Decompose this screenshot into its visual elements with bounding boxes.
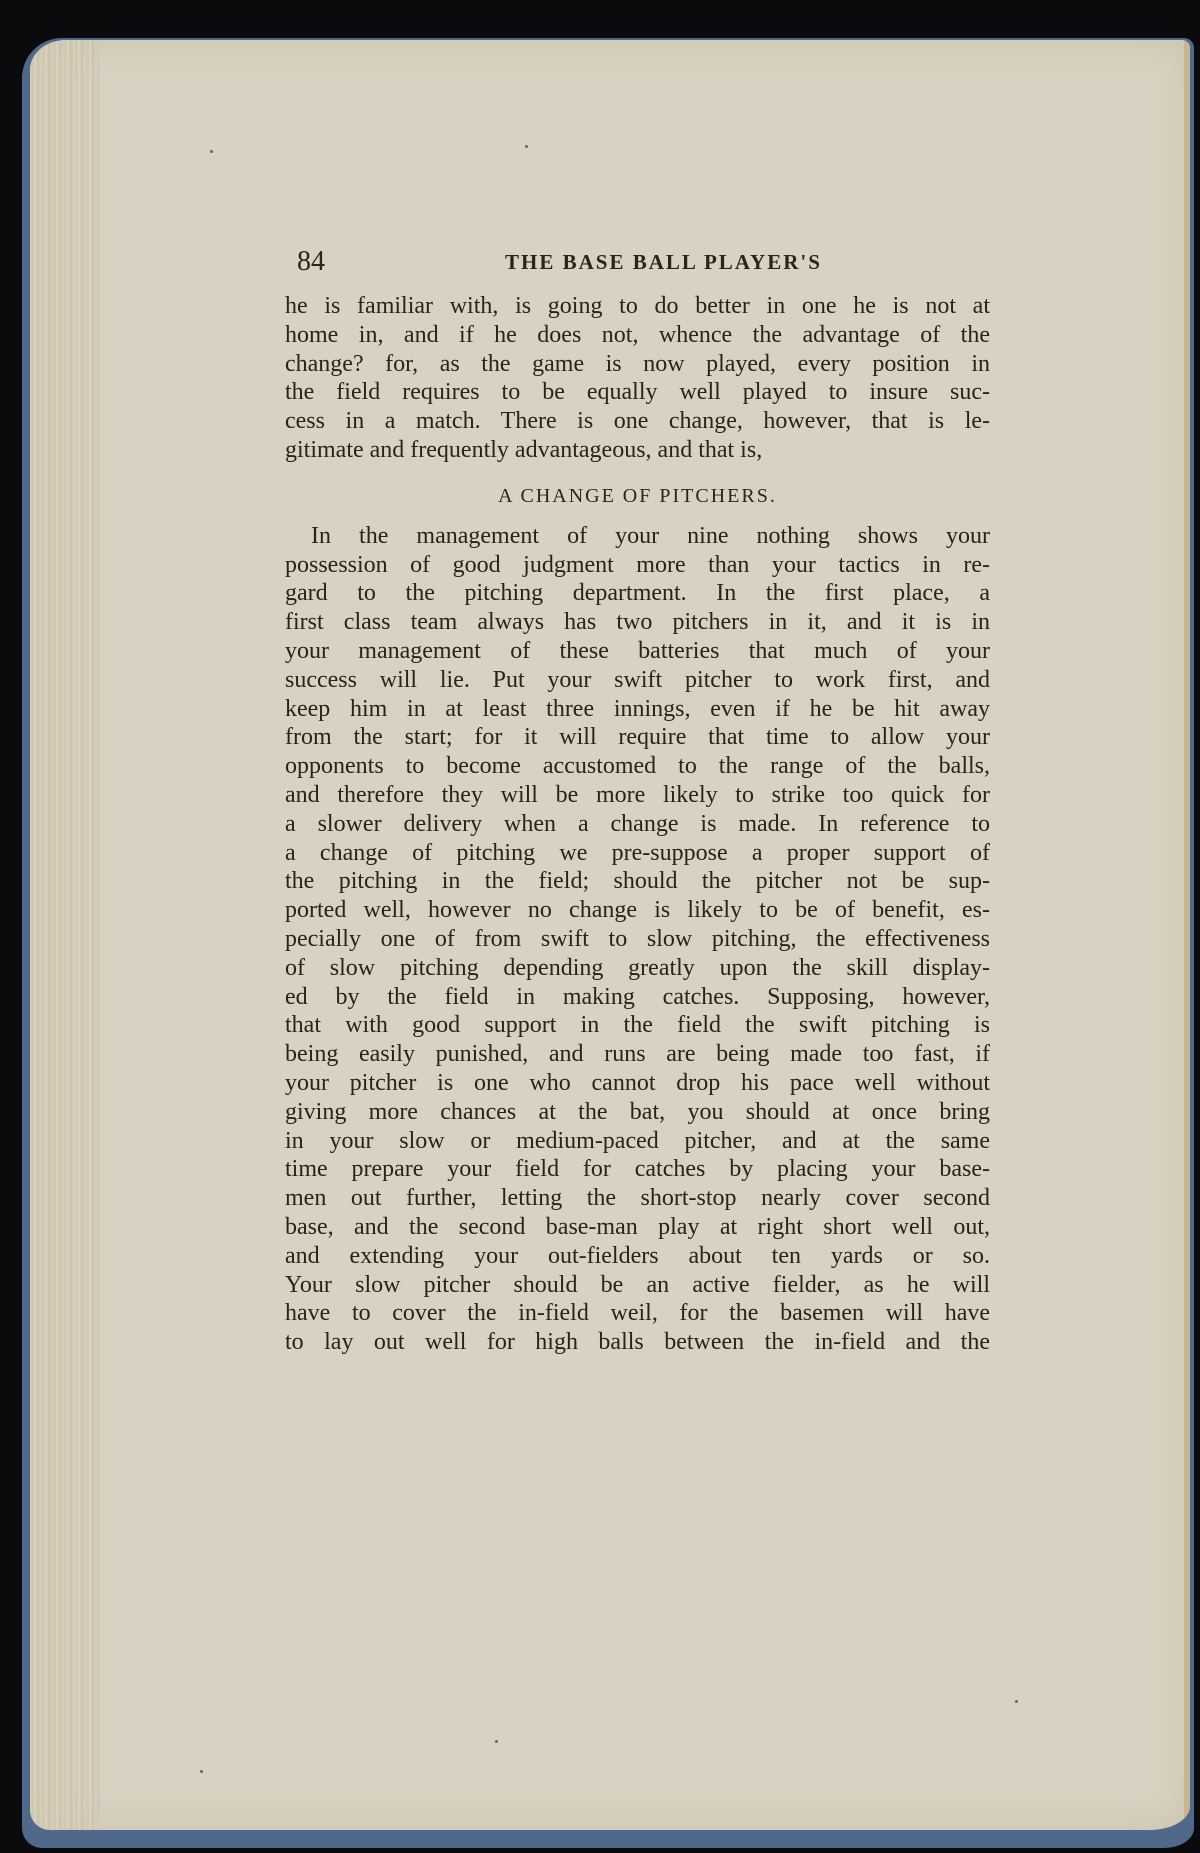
text-line: opponents to become accustomed to the ra… [285, 752, 990, 781]
text-line: change? for, as the game is now played, … [285, 350, 990, 379]
text-line: he is familiar with, is going to do bett… [285, 292, 990, 321]
text-line: ported well, however no change is likely… [285, 896, 990, 925]
text-line: have to cover the in-field weil, for the… [285, 1299, 990, 1328]
text-line: gitimate and frequently advantageous, an… [285, 436, 990, 465]
text-line: cess in a match. There is one change, ho… [285, 407, 990, 436]
text-line: giving more chances at the bat, you shou… [285, 1098, 990, 1127]
text-line: that with good support in the field the … [285, 1011, 990, 1040]
text-line: the field requires to be equally well pl… [285, 378, 990, 407]
text-line: In the management of your nine nothing s… [285, 522, 990, 551]
paper-speck [525, 145, 528, 148]
text-line: being easily punished, and runs are bein… [285, 1040, 990, 1069]
paper-speck [200, 1770, 203, 1773]
running-title: THE BASE BALL PLAYER'S [505, 250, 822, 275]
text-line: in your slow or medium-paced pitcher, an… [285, 1127, 990, 1156]
text-line: and therefore they will be more likely t… [285, 781, 990, 810]
text-line: from the start; for it will require that… [285, 723, 990, 752]
text-line: possession of good judgment more than yo… [285, 551, 990, 580]
paper-speck [495, 1740, 498, 1743]
right-page-edge [1184, 40, 1190, 1830]
text-line: and extending your out-fielders about te… [285, 1242, 990, 1271]
page-content: 84 THE BASE BALL PLAYER'S he is familiar… [285, 246, 990, 1357]
text-line: ed by the field in making catches. Suppo… [285, 983, 990, 1012]
paper-speck [210, 150, 213, 153]
text-line: to lay out well for high balls between t… [285, 1328, 990, 1357]
text-line: your management of these batteries that … [285, 637, 990, 666]
text-line: time prepare your field for catches by p… [285, 1155, 990, 1184]
paragraph-continuation: he is familiar with, is going to do bett… [285, 292, 990, 465]
text-line: success will lie. Put your swift pitcher… [285, 666, 990, 695]
paragraph-change-of-pitchers: In the management of your nine nothing s… [285, 522, 990, 1357]
text-line: a slower delivery when a change is made.… [285, 810, 990, 839]
text-line: your pitcher is one who cannot drop his … [285, 1069, 990, 1098]
text-line: keep him in at least three innings, even… [285, 695, 990, 724]
text-line: first class team always has two pitchers… [285, 608, 990, 637]
text-line: the pitching in the field; should the pi… [285, 867, 990, 896]
text-line: pecially one of from swift to slow pitch… [285, 925, 990, 954]
stacked-page-edges [30, 40, 100, 1830]
text-line: Your slow pitcher should be an active fi… [285, 1271, 990, 1300]
text-line: men out further, letting the short-stop … [285, 1184, 990, 1213]
scanned-page-view: 84 THE BASE BALL PLAYER'S he is familiar… [0, 0, 1200, 1853]
paper-speck [1015, 1700, 1018, 1703]
text-line: gard to the pitching department. In the … [285, 579, 990, 608]
running-head: 84 THE BASE BALL PLAYER'S [285, 246, 990, 286]
text-line: a change of pitching we pre-suppose a pr… [285, 839, 990, 868]
text-line: home in, and if he does not, whence the … [285, 321, 990, 350]
text-line: base, and the second base-man play at ri… [285, 1213, 990, 1242]
text-line: of slow pitching depending greatly upon … [285, 954, 990, 983]
page-number: 84 [297, 246, 325, 278]
section-heading: A CHANGE OF PITCHERS. [285, 485, 990, 508]
